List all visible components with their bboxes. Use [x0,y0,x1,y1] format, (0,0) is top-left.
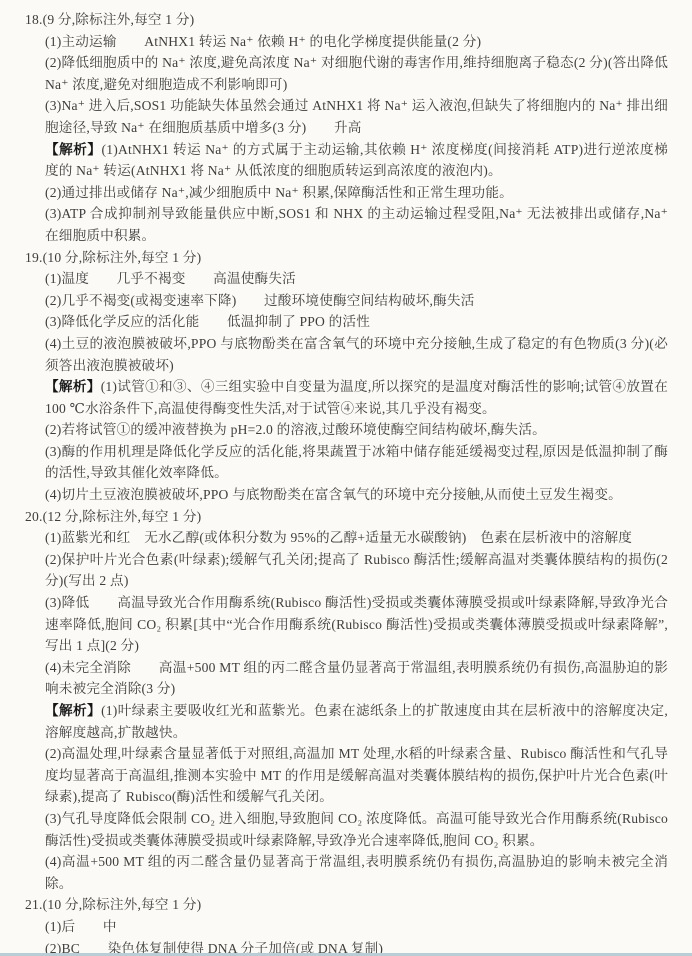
question-header: 18.(9 分,除标注外,每空 1 分) [25,9,668,31]
answer-line: (2)几乎不褐变(或褐变速率下降) 过酸环境使酶空间结构破坏,酶失活 [45,290,668,312]
answer-line: (2)降低细胞质中的 Na⁺ 浓度,避免高浓度 Na⁺ 对细胞代谢的毒害作用,维… [45,52,668,95]
analysis-line: 【解析】(1)叶绿素主要吸收红光和蓝紫光。色素在滤纸条上的扩散速度由其在层析液中… [45,700,668,743]
analysis-line: (3)气孔导度降低会限制 CO₂ 进入细胞,导致胞间 CO₂ 浓度降低。高温可能… [45,808,668,851]
analysis-label: 【解析】 [45,703,101,718]
question-20: 20.(12 分,除标注外,每空 1 分) (1)蓝紫光和红 无水乙醇(或体积分… [25,506,668,895]
answer-line: (1)蓝紫光和红 无水乙醇(或体积分数为 95%的乙醇+适量无水碳酸钠) 色素在… [45,527,668,549]
analysis-text: (1)试管①和③、④三组实验中自变量为温度,所以探究的是温度对酶活性的影响;试管… [45,379,668,416]
analysis-label: 【解析】 [45,379,101,394]
analysis-line: (4)切片土豆液泡膜被破坏,PPO 与底物酚类在富含氧气的环境中充分接触,从而使… [45,484,668,506]
answer-line: (4)未完全消除 高温+500 MT 组的丙二醛含量仍显著高于常温组,表明膜系统… [45,657,668,700]
question-header: 20.(12 分,除标注外,每空 1 分) [25,506,668,528]
answer-line: (2)保护叶片光合色素(叶绿素);缓解气孔关闭;提高了 Rubisco 酶活性;… [45,549,668,592]
answer-line: (4)土豆的液泡膜被破坏,PPO 与底物酚类在富含氧气的环境中充分接触,生成了稳… [45,333,668,376]
question-19: 19.(10 分,除标注外,每空 1 分) (1)温度 几乎不褐变 高温使酶失活… [25,247,668,506]
analysis-line: 【解析】(1)试管①和③、④三组实验中自变量为温度,所以探究的是温度对酶活性的影… [45,376,668,419]
question-header: 21.(10 分,除标注外,每空 1 分) [25,894,668,916]
analysis-line: (3)ATP 合成抑制剂导致能量供应中断,SOS1 和 NHX 的主动运输过程受… [45,203,668,246]
answer-line: (1)温度 几乎不褐变 高温使酶失活 [45,268,668,290]
analysis-text: (1)叶绿素主要吸收红光和蓝紫光。色素在滤纸条上的扩散速度由其在层析液中的溶解度… [45,703,668,740]
analysis-line: (2)若将试管①的缓冲液替换为 pH=2.0 的溶液,过酸环境使酶空间结构破坏,… [45,419,668,441]
analysis-line: 【解析】(1)AtNHX1 转运 Na⁺ 的方式属于主动运输,其依赖 H⁺ 浓度… [45,139,668,182]
answer-line: (1)主动运输 AtNHX1 转运 Na⁺ 依赖 H⁺ 的电化学梯度提供能量(2… [45,31,668,53]
answer-line: (3)降低化学反应的活化能 低温抑制了 PPO 的活性 [45,311,668,333]
analysis-label: 【解析】 [45,142,102,157]
question-18: 18.(9 分,除标注外,每空 1 分) (1)主动运输 AtNHX1 转运 N… [25,9,668,247]
analysis-line: (2)通过排出或储存 Na⁺,减少细胞质中 Na⁺ 积累,保障酶活性和正常生理功… [45,182,668,204]
analysis-line: (2)高温处理,叶绿素含量显著低于对照组,高温加 MT 处理,水稻的叶绿素含量、… [45,743,668,808]
analysis-line: (3)酶的作用机理是降低化学反应的活化能,将果蔬置于冰箱中储存能延缓褐变过程,原… [45,441,668,484]
answer-line: (3)降低 高温导致光合作用酶系统(Rubisco 酶活性)受损或类囊体薄膜受损… [45,592,668,657]
analysis-text: (1)AtNHX1 转运 Na⁺ 的方式属于主动运输,其依赖 H⁺ 浓度梯度(间… [45,142,668,179]
question-header: 19.(10 分,除标注外,每空 1 分) [25,247,668,269]
question-21: 21.(10 分,除标注外,每空 1 分) (1)后 中 (2)BC 染色体复制… [25,894,668,956]
analysis-line: (4)高温+500 MT 组的丙二醛含量仍显著高于常温组,表明膜系统仍有损伤,高… [45,851,668,894]
answer-key-page: 18.(9 分,除标注外,每空 1 分) (1)主动运输 AtNHX1 转运 N… [0,0,692,956]
answer-line: (3)Na⁺ 进入后,SOS1 功能缺失体虽然会通过 AtNHX1 将 Na⁺ … [45,95,668,138]
answer-line: (1)后 中 [45,916,668,938]
